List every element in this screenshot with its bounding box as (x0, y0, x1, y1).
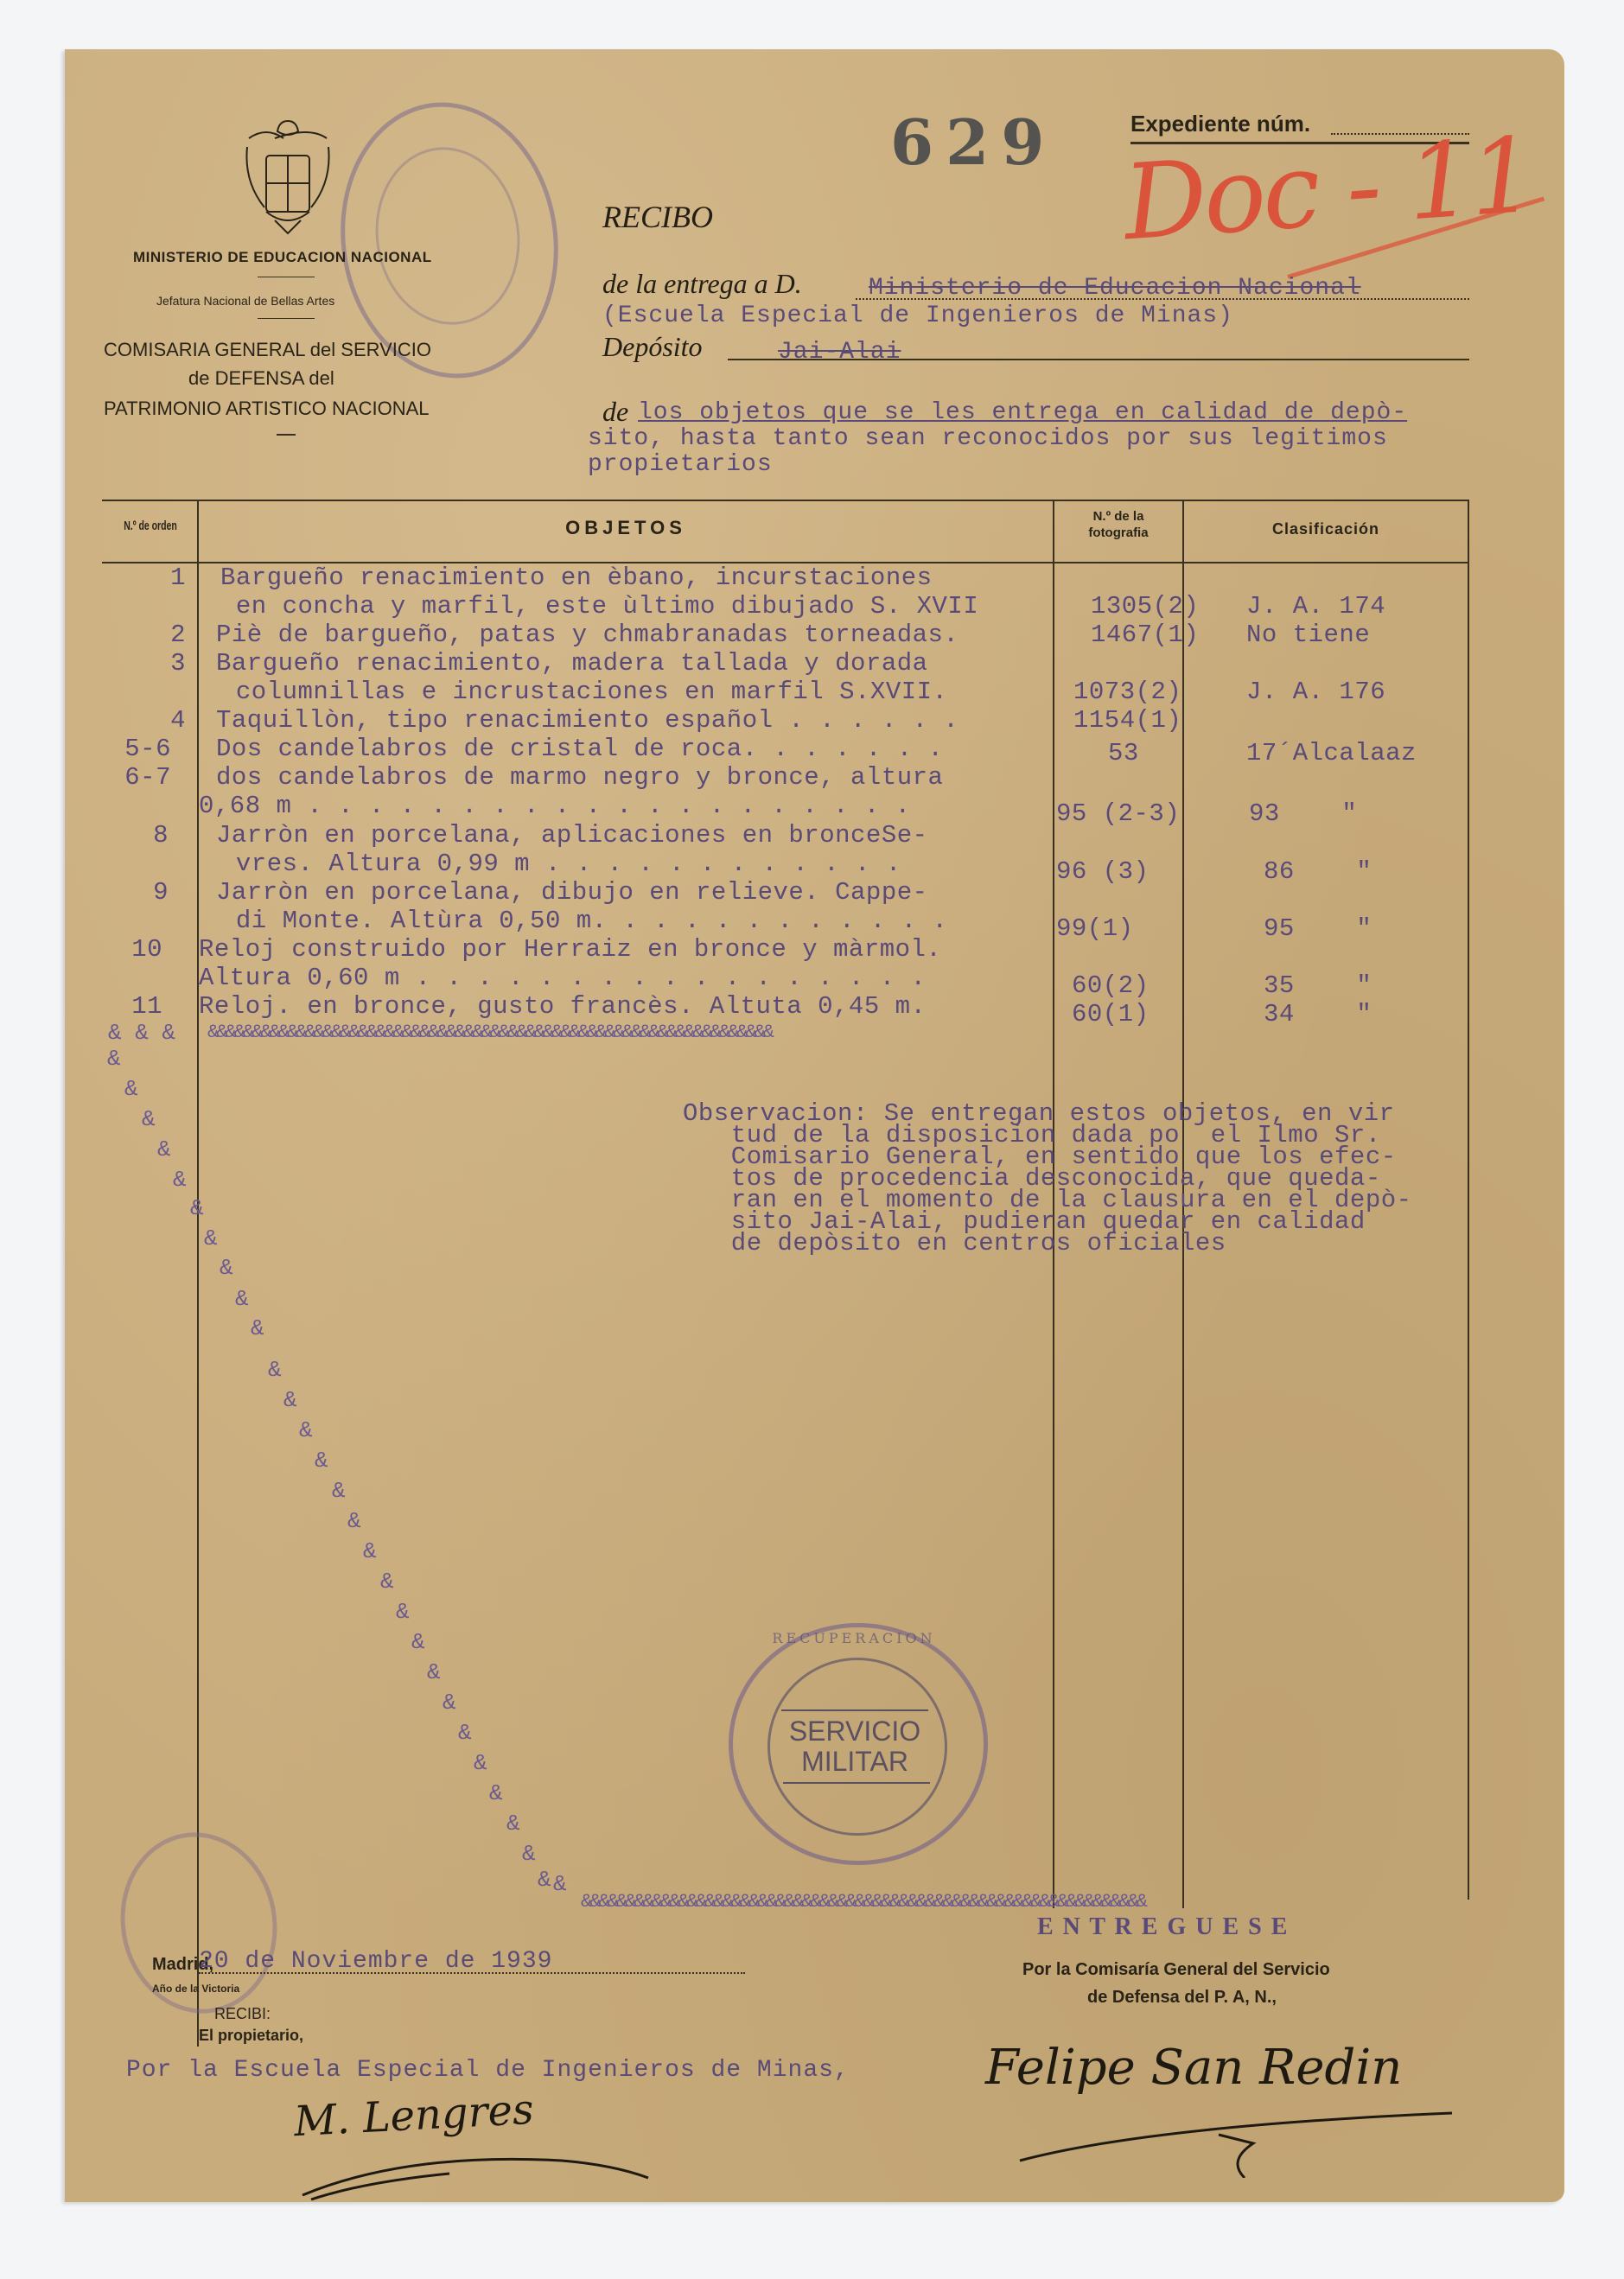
row-order: 5-6 (102, 735, 171, 763)
row-object-line: di Monte. Altùra 0,50 m. . . . . . . . .… (220, 907, 947, 935)
cancel-mark: & (299, 1417, 313, 1443)
entrega-value-line-2: (Escuela Especial de Ingenieros de Minas… (602, 302, 1233, 329)
owner-label: El propietario, (199, 2027, 303, 2045)
row-object-line: Jarròn en porcelana, aplicaciones en bro… (216, 821, 928, 850)
cancel-mark: & (506, 1811, 520, 1837)
row-object-line: Reloj. en bronce, gusto francès. Altuta … (199, 992, 926, 1021)
document-number: 629 (890, 105, 1056, 179)
cancel-mark: & (396, 1599, 410, 1625)
row-classification: 86 " (1264, 857, 1372, 886)
row-order: 11 (102, 992, 162, 1021)
cancel-mark: & (124, 1076, 138, 1102)
row-object-line: 0,68 m . . . . . . . . . . . . . . . . .… (199, 792, 911, 820)
receipt-title: RECIBO (602, 199, 713, 235)
row-classification: No tiene (1246, 621, 1370, 649)
entrega-label: de la entrega a D. (602, 268, 802, 300)
cancel-mark: & (315, 1448, 328, 1474)
ministry-name: MINISTERIO DE EDUCACION NACIONAL (133, 249, 432, 266)
cancel-mark: & (220, 1255, 233, 1281)
row-photo: 1073(2) (1073, 678, 1181, 706)
closing-fill-row-bottom: &&&&&&&&&&&&&&&&&&&&&&&&&&&&&&&&&&&&&&&&… (581, 1891, 1532, 1913)
comisaria-line-1: COMISARIA GENERAL del SERVICIO (104, 339, 431, 361)
cancel-mark: & (235, 1286, 249, 1312)
row-order: 10 (102, 935, 162, 964)
cancel-mark: & (107, 1046, 121, 1072)
cancel-mark: & (268, 1357, 282, 1383)
row-classification: J. A. 174 (1246, 592, 1385, 621)
cancel-mark: & (363, 1538, 377, 1564)
year-motto: Año de la Victoria (152, 1983, 239, 1995)
purpose-line-1: los objetos que se les entrega en calida… (638, 399, 1407, 426)
row-object-line: Taquillòn, tipo renacimiento español . .… (216, 706, 958, 735)
purpose-line-2: sito, hasta tanto sean reconocidos por s… (588, 425, 1388, 452)
handwritten-ref: Doc - 11 (1120, 124, 1535, 257)
row-order: 1 (125, 563, 186, 592)
issuer-line-2: de Defensa del P. A, N., (1087, 1988, 1277, 2008)
stamp-line-2: MILITAR (767, 1746, 942, 1778)
cancel-mark: & (204, 1225, 218, 1251)
col-header-photo: N.º de la fotografia (1054, 508, 1182, 541)
row-photo: 60(2) (1072, 971, 1150, 1000)
closing-fill-row: & & & (108, 1020, 175, 1046)
row-classification: J. A. 176 (1246, 678, 1385, 706)
cancel-mark: & (332, 1478, 346, 1504)
row-photo: 96 (3) (1056, 857, 1149, 886)
receiver-signature-flourish (294, 2135, 657, 2204)
table-top-border (102, 500, 1468, 501)
jefatura-name: Jefatura Nacional de Bellas Artes (156, 294, 334, 308)
comisaria-line-2: de DEFENSA del (188, 367, 334, 390)
observation-line: de depòsito en centros oficiales (700, 1229, 1226, 1257)
entrega-field-line (856, 298, 1469, 300)
row-object-line: dos candelabros de marmo negro y bronce,… (216, 763, 943, 792)
row-order: 4 (125, 706, 186, 735)
row-photo: 53 (1108, 739, 1139, 767)
col-divider-order (197, 500, 199, 2047)
col-header-order: N.º de orden (118, 519, 183, 533)
stamp-rule (783, 1782, 930, 1784)
row-object-line: Bargueño renacimiento, madera tallada y … (216, 649, 928, 678)
row-photo: 1305(2) (1091, 592, 1199, 621)
row-object-line: en concha y marfil, este ùltimo dibujado… (220, 592, 978, 621)
closing-fill-row: &&&&&&&&&&&&&&&&&&&&&&&&&&&&&&&&&&&&&&&&… (207, 1022, 1530, 1043)
coat-of-arms-icon (240, 112, 335, 238)
row-classification: 95 " (1264, 914, 1372, 943)
row-classification: 93 " (1249, 799, 1357, 828)
row-order: 8 (108, 821, 169, 850)
deposito-value: Jai-Alai (778, 339, 901, 366)
row-photo: 1154(1) (1073, 706, 1181, 735)
date-field-line (199, 1972, 745, 1974)
cancel-mark: & (553, 1871, 567, 1897)
row-object-line: Altura 0,60 m . . . . . . . . . . . . . … (199, 964, 926, 992)
stamp-ring-text: RECUPERACION (729, 1630, 979, 1646)
row-photo: 99(1) (1056, 914, 1134, 943)
recibi-label: RECIBI: (214, 2005, 271, 2023)
cancel-mark: & (489, 1780, 503, 1806)
row-order: 6-7 (102, 763, 171, 792)
row-order: 2 (125, 621, 186, 649)
row-object-line: Bargueño renacimiento en èbano, incursta… (220, 563, 933, 592)
purpose-line-3: propietarios (588, 451, 773, 478)
cancel-mark: & (411, 1629, 425, 1655)
cancel-mark: & (251, 1315, 264, 1341)
cancel-mark: & (443, 1690, 456, 1716)
comisaria-line-3: PATRIMONIO ARTISTICO NACIONAL (104, 398, 430, 420)
row-classification: 17´Alcalaaz (1246, 739, 1417, 767)
row-object-line: vres. Altura 0,99 m . . . . . . . . . . … (220, 850, 901, 878)
divider (258, 318, 315, 319)
divider (277, 434, 296, 436)
row-order: 9 (108, 878, 169, 907)
col-header-photo-line-1: N.º de la (1054, 508, 1182, 525)
row-object-line: Reloj construido por Herraiz en bronce y… (199, 935, 941, 964)
cancel-mark: & (283, 1387, 297, 1413)
row-object-line: Dos candelabros de cristal de roca. . . … (216, 735, 943, 763)
cancel-mark: & (173, 1167, 187, 1193)
row-photo: 95 (2-3) (1056, 799, 1180, 828)
cancel-mark: & (522, 1841, 536, 1867)
stamp-rule (781, 1709, 928, 1711)
deposito-field-line (728, 359, 1469, 360)
cancel-mark: & (458, 1720, 472, 1746)
cancel-mark: & (538, 1867, 551, 1893)
issuer-line-1: Por la Comisaría General del Servicio (1022, 1960, 1330, 1980)
receiver-org: Por la Escuela Especial de Ingenieros de… (126, 2057, 850, 2084)
issuer-signature-flourish (994, 2083, 1530, 2178)
row-object-line: columnillas e incrustaciones en marfil S… (220, 678, 947, 706)
col-header-objects: OBJETOS (199, 517, 1053, 539)
date-value: 20 de Noviembre de 1939 (199, 1948, 552, 1975)
cancel-mark: & (347, 1508, 361, 1534)
cancel-mark: & (157, 1136, 171, 1162)
cancel-mark: & (474, 1750, 487, 1776)
col-header-classification: Clasificación (1184, 520, 1468, 538)
cancel-mark: & (190, 1195, 204, 1221)
divider (258, 277, 315, 277)
entreguese-stamp: E N T R E G U E S E (1037, 1913, 1289, 1941)
deposito-label: Depósito (602, 331, 703, 363)
cancel-mark: & (380, 1569, 394, 1595)
row-object-line: Jarròn en porcelana, dibujo en relieve. … (216, 878, 928, 907)
row-object-line: Piè de bargueño, patas y chmabranadas to… (216, 621, 958, 649)
cancel-mark: & (142, 1106, 156, 1132)
row-photo: 1467(1) (1091, 621, 1199, 649)
row-classification: 35 " (1264, 971, 1372, 1000)
de-label: de (602, 396, 628, 428)
row-order: 3 (125, 649, 186, 678)
col-header-photo-line-2: fotografia (1054, 525, 1182, 541)
cancel-mark: & (427, 1659, 441, 1685)
stamp-line-1: SERVICIO (767, 1716, 942, 1747)
table-right-border (1468, 500, 1469, 1900)
